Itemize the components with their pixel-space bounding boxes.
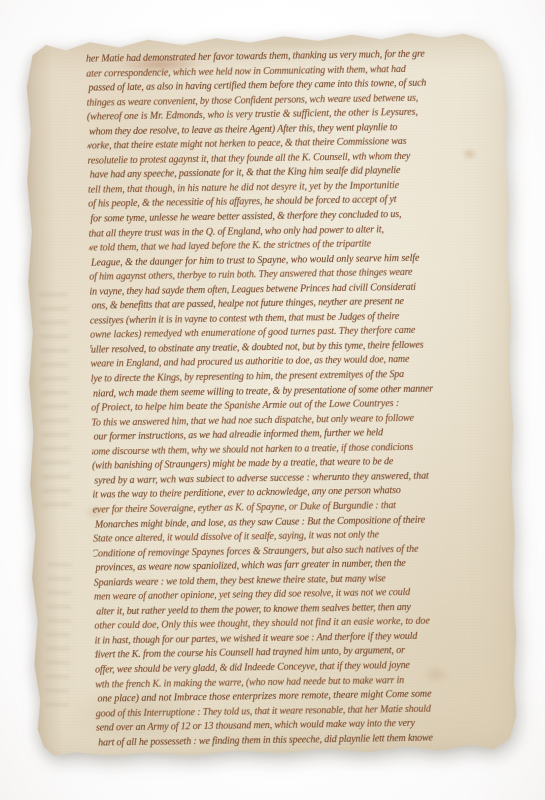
verso-ink-ghosting: [45, 556, 72, 706]
verso-ink-ghosting: [39, 286, 70, 506]
manuscript-paper: her Matie had demonstrated her favor tow…: [22, 29, 519, 758]
manuscript-paper-wrap: her Matie had demonstrated her favor tow…: [22, 29, 519, 758]
handwritten-text: her Matie had demonstrated her favor tow…: [86, 47, 508, 754]
photo-backdrop: her Matie had demonstrated her favor tow…: [0, 0, 545, 800]
